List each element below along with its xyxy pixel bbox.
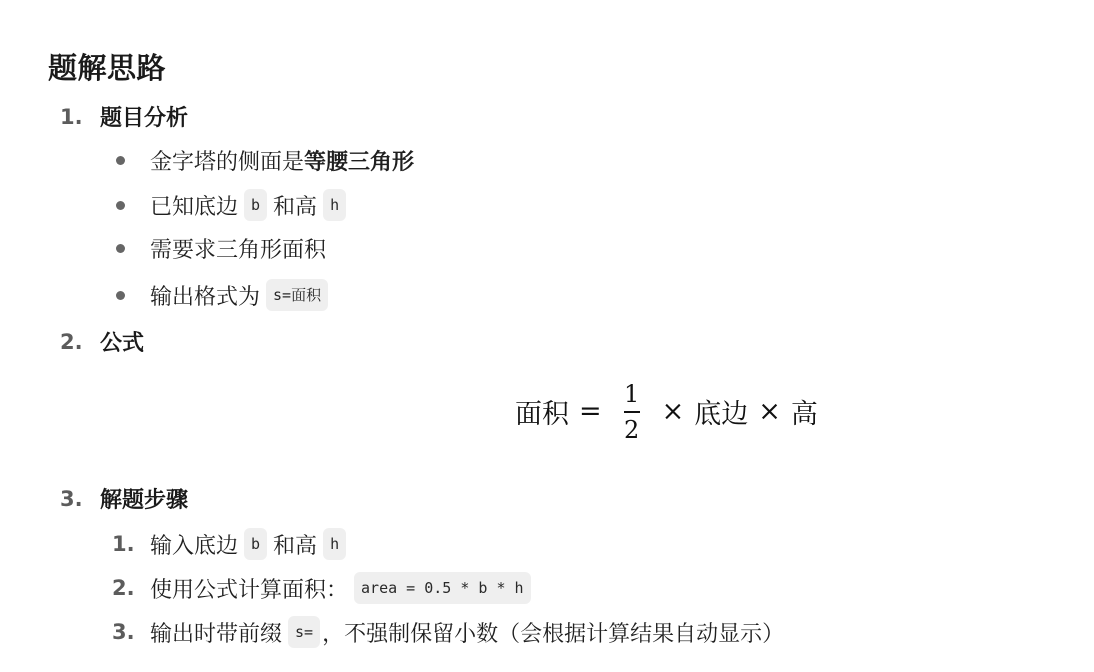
section-3-header: 3. 解题步骤 [60, 483, 188, 514]
inline-code: area = 0.5 * b * h [354, 572, 531, 604]
bullet-icon [116, 244, 125, 253]
bullet-icon [116, 156, 125, 165]
section-title: 公式 [100, 326, 144, 357]
inline-code: h [323, 189, 346, 221]
section-title: 解题步骤 [100, 483, 188, 514]
fraction: 1 2 [624, 380, 640, 444]
inline-code: h [323, 528, 346, 560]
emphasis: 等腰三角形 [304, 145, 414, 176]
section-1-header: 1. 题目分析 [60, 101, 188, 132]
inline-code: s=面积 [266, 279, 328, 311]
page-heading: 题解思路 [48, 46, 166, 87]
section-number: 1. [60, 105, 100, 129]
list-item: 需要求三角形面积 [116, 233, 326, 264]
list-item: 金字塔的侧面是 等腰三角形 [116, 145, 414, 176]
bullet-icon [116, 291, 125, 300]
bullet-icon [116, 201, 125, 210]
list-item: 输出格式为 s=面积 [116, 279, 334, 311]
area-formula: 面积 = 1 2 × 底边 × 高 [515, 380, 818, 444]
section-2-header: 2. 公式 [60, 326, 144, 357]
inline-code: b [244, 189, 267, 221]
section-number: 3. [60, 487, 100, 511]
list-item: 已知底边 b 和高 h [116, 189, 352, 221]
section-title: 题目分析 [100, 101, 188, 132]
step-item: 2. 使用公式计算面积： area = 0.5 * b * h [112, 572, 537, 604]
inline-code: s= [288, 616, 320, 648]
inline-code: b [244, 528, 267, 560]
step-item: 1. 输入底边 b 和高 h [112, 528, 352, 560]
section-number: 2. [60, 330, 100, 354]
step-item: 3. 输出时带前缀 s= ，不强制保留小数（会根据计算结果自动显示） [112, 616, 784, 648]
